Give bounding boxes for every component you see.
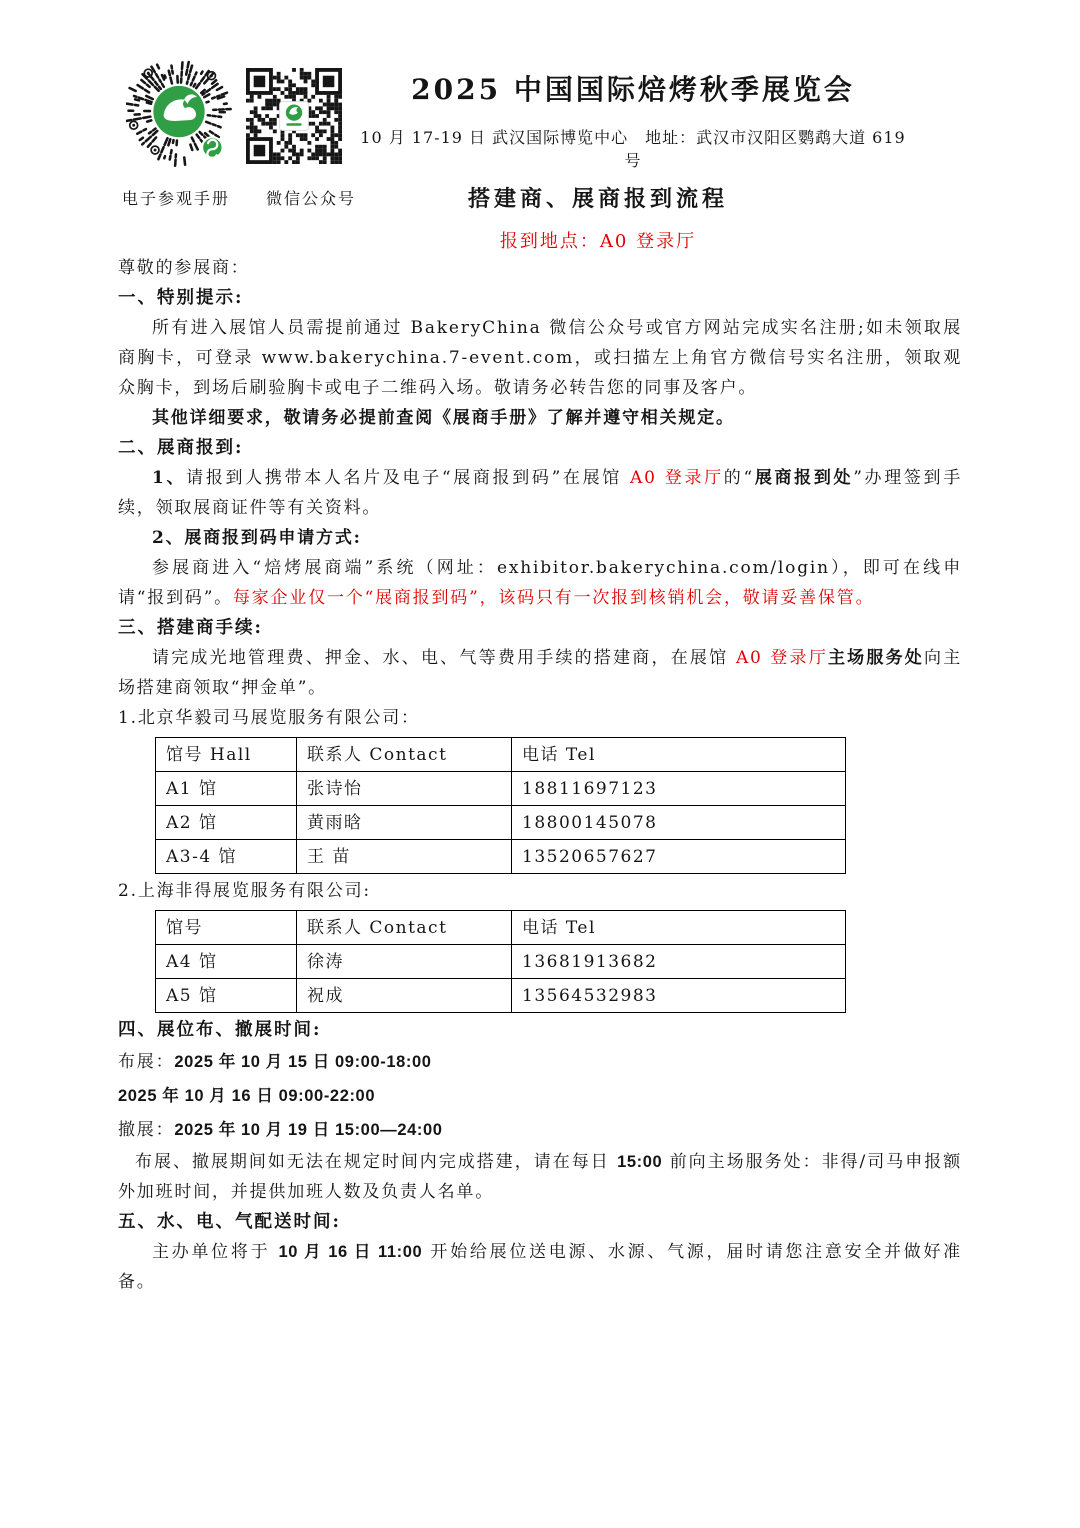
table-cell: 王 苗: [297, 840, 512, 874]
table-cell: 电话 Tel: [512, 911, 846, 945]
table-header-row: 馆号 Hall联系人 Contact电话 Tel: [156, 738, 846, 772]
table-row: A3-4 馆王 苗13520657627: [156, 840, 846, 874]
event-date-venue: 10 月 17-19 日 武汉国际博览中心 地址：武汉市汉阳区鹦鹉大道 619 …: [350, 125, 916, 171]
checkin-code-paragraph: 参展商进入“焙烤展商端”系统（网址：exhibitor.bakerychina.…: [118, 553, 962, 613]
hall-a0-highlight: A0 登录厅: [736, 648, 828, 668]
table-cell: 馆号 Hall: [156, 738, 297, 772]
step-number: 1、: [152, 468, 186, 488]
deadline-time: 15:00: [617, 1153, 662, 1171]
move-in-date-2: 2025 年 10 月 16 日 09:00-22:00: [118, 1087, 375, 1105]
overtime-paragraph: 布展、撤展期间如无法在规定时间内完成搭建，请在每日 15:00 前向主场服务处：…: [118, 1147, 962, 1207]
table-cell: A3-4 馆: [156, 840, 297, 874]
qr-area: [126, 56, 342, 174]
checkin-location-notice: 报到地点：A0 登录厅: [234, 227, 962, 253]
table-cell: 13564532983: [512, 979, 846, 1013]
table-cell: 黄雨晗: [297, 806, 512, 840]
service-desk-highlight: 主场服务处: [828, 648, 924, 668]
table-row: A2 馆黄雨晗18800145078: [156, 806, 846, 840]
document-body: 尊敬的参展商： 一、特别提示: 所有进入展馆人员需提前通过 BakeryChin…: [118, 253, 962, 1297]
move-in-line-2: 2025 年 10 月 16 日 09:00-22:00: [118, 1079, 962, 1113]
utilities-start-time: 10 月 16 日 11:00: [278, 1243, 422, 1261]
qr-label-wechat: 微信公众号: [266, 186, 356, 209]
table-header-row: 馆号联系人 Contact电话 Tel: [156, 911, 846, 945]
section-3-heading: 三、搭建商手续:: [118, 613, 962, 643]
company-2-name: 2.上海非得展览服务有限公司:: [118, 876, 962, 906]
section-1-paragraph: 所有进入展馆人员需提前通过 BakeryChina 微信公众号或官方网站完成实名…: [118, 313, 962, 403]
table-cell: 13520657627: [512, 840, 846, 874]
table-cell: 张诗怡: [297, 772, 512, 806]
move-out-label: 撤展：: [118, 1120, 174, 1140]
section-2-heading: 二、展商报到:: [118, 433, 962, 463]
table-cell: A2 馆: [156, 806, 297, 840]
table-cell: 馆号: [156, 911, 297, 945]
table-cell: A1 馆: [156, 772, 297, 806]
text-run: 的“: [724, 468, 754, 488]
move-out-line: 撤展：2025 年 10 月 19 日 15:00—24:00: [118, 1113, 962, 1147]
table-row: A4 馆徐涛13681913682: [156, 945, 846, 979]
qr-label-ebooklet: 电子参观手册: [122, 186, 230, 209]
handbook-reminder: 其他详细要求，敬请务必提前查阅《展商手册》了解并遵守相关规定。: [118, 403, 962, 433]
labels-row: 电子参观手册 微信公众号 搭建商、展商报到流程: [118, 182, 962, 218]
salutation: 尊敬的参展商：: [118, 253, 962, 283]
table-cell: 联系人 Contact: [297, 738, 512, 772]
header: 2025 中国国际焙烤秋季展览会 10 月 17-19 日 武汉国际博览中心 地…: [118, 56, 962, 174]
table-cell: 18800145078: [512, 806, 846, 840]
checkin-step-1: 1、请报到人携带本人名片及电子“展商报到码”在展馆 A0 登录厅的“展商报到处”…: [118, 463, 962, 523]
document-page: 2025 中国国际焙烤秋季展览会 10 月 17-19 日 武汉国际博览中心 地…: [0, 0, 1080, 1528]
contractor-contact-table-1: 馆号 Hall联系人 Contact电话 TelA1 馆张诗怡188116971…: [155, 737, 846, 874]
contractor-paragraph: 请完成光地管理费、押金、水、电、气等费用手续的搭建商，在展馆 A0 登录厅主场服…: [118, 643, 962, 703]
section-4-heading: 四、展位布、撤展时间:: [118, 1015, 962, 1045]
utilities-paragraph: 主办单位将于 10 月 16 日 11:00 开始给展位送电源、水源、气源，届时…: [118, 1237, 962, 1297]
section-5-heading: 五、水、电、气配送时间:: [118, 1207, 962, 1237]
text-run: 请完成光地管理费、押金、水、电、气等费用手续的搭建商，在展馆: [152, 648, 736, 668]
text-run: 布展、撤展期间如无法在规定时间内完成搭建，请在每日: [135, 1152, 617, 1172]
contractor-contact-table-2: 馆号联系人 Contact电话 TelA4 馆徐涛13681913682A5 馆…: [155, 910, 846, 1013]
table-cell: 徐涛: [297, 945, 512, 979]
table-cell: A5 馆: [156, 979, 297, 1013]
table-cell: 电话 Tel: [512, 738, 846, 772]
table-cell: 18811697123: [512, 772, 846, 806]
move-in-label: 布展：: [118, 1052, 174, 1072]
hall-a0-highlight: A0 登录厅: [630, 468, 724, 488]
code-warning-red: 每家企业仅一个“展商报到码”，该码只有一次报到核销机会，敬请妥善保管。: [233, 588, 874, 608]
move-in-date-1: 2025 年 10 月 15 日 09:00-18:00: [174, 1053, 431, 1071]
move-in-line-1: 布展：2025 年 10 月 15 日 09:00-18:00: [118, 1045, 962, 1079]
checkin-step-2-heading: 2、展商报到码申请方式:: [118, 523, 962, 553]
table-row: A5 馆祝成13564532983: [156, 979, 846, 1013]
table-cell: 联系人 Contact: [297, 911, 512, 945]
event-title: 2025 中国国际焙烤秋季展览会: [350, 68, 916, 108]
table-cell: 13681913682: [512, 945, 846, 979]
table-row: A1 馆张诗怡18811697123: [156, 772, 846, 806]
header-titles: 2025 中国国际焙烤秋季展览会 10 月 17-19 日 武汉国际博览中心 地…: [342, 56, 962, 171]
text-run: 请报到人携带本人名片及电子“展商报到码”在展馆: [186, 468, 630, 488]
table-cell: 祝成: [297, 979, 512, 1013]
checkin-desk-highlight: 展商报到处: [754, 468, 853, 488]
miniprogram-qr-code-icon: [126, 56, 232, 174]
table-cell: A4 馆: [156, 945, 297, 979]
company-1-name: 1.北京华毅司马展览服务有限公司：: [118, 703, 962, 733]
wechat-qr-code-icon: [246, 68, 342, 164]
text-run: 主办单位将于: [152, 1242, 278, 1262]
move-out-date: 2025 年 10 月 19 日 15:00—24:00: [174, 1121, 442, 1139]
section-1-heading: 一、特别提示:: [118, 283, 962, 313]
